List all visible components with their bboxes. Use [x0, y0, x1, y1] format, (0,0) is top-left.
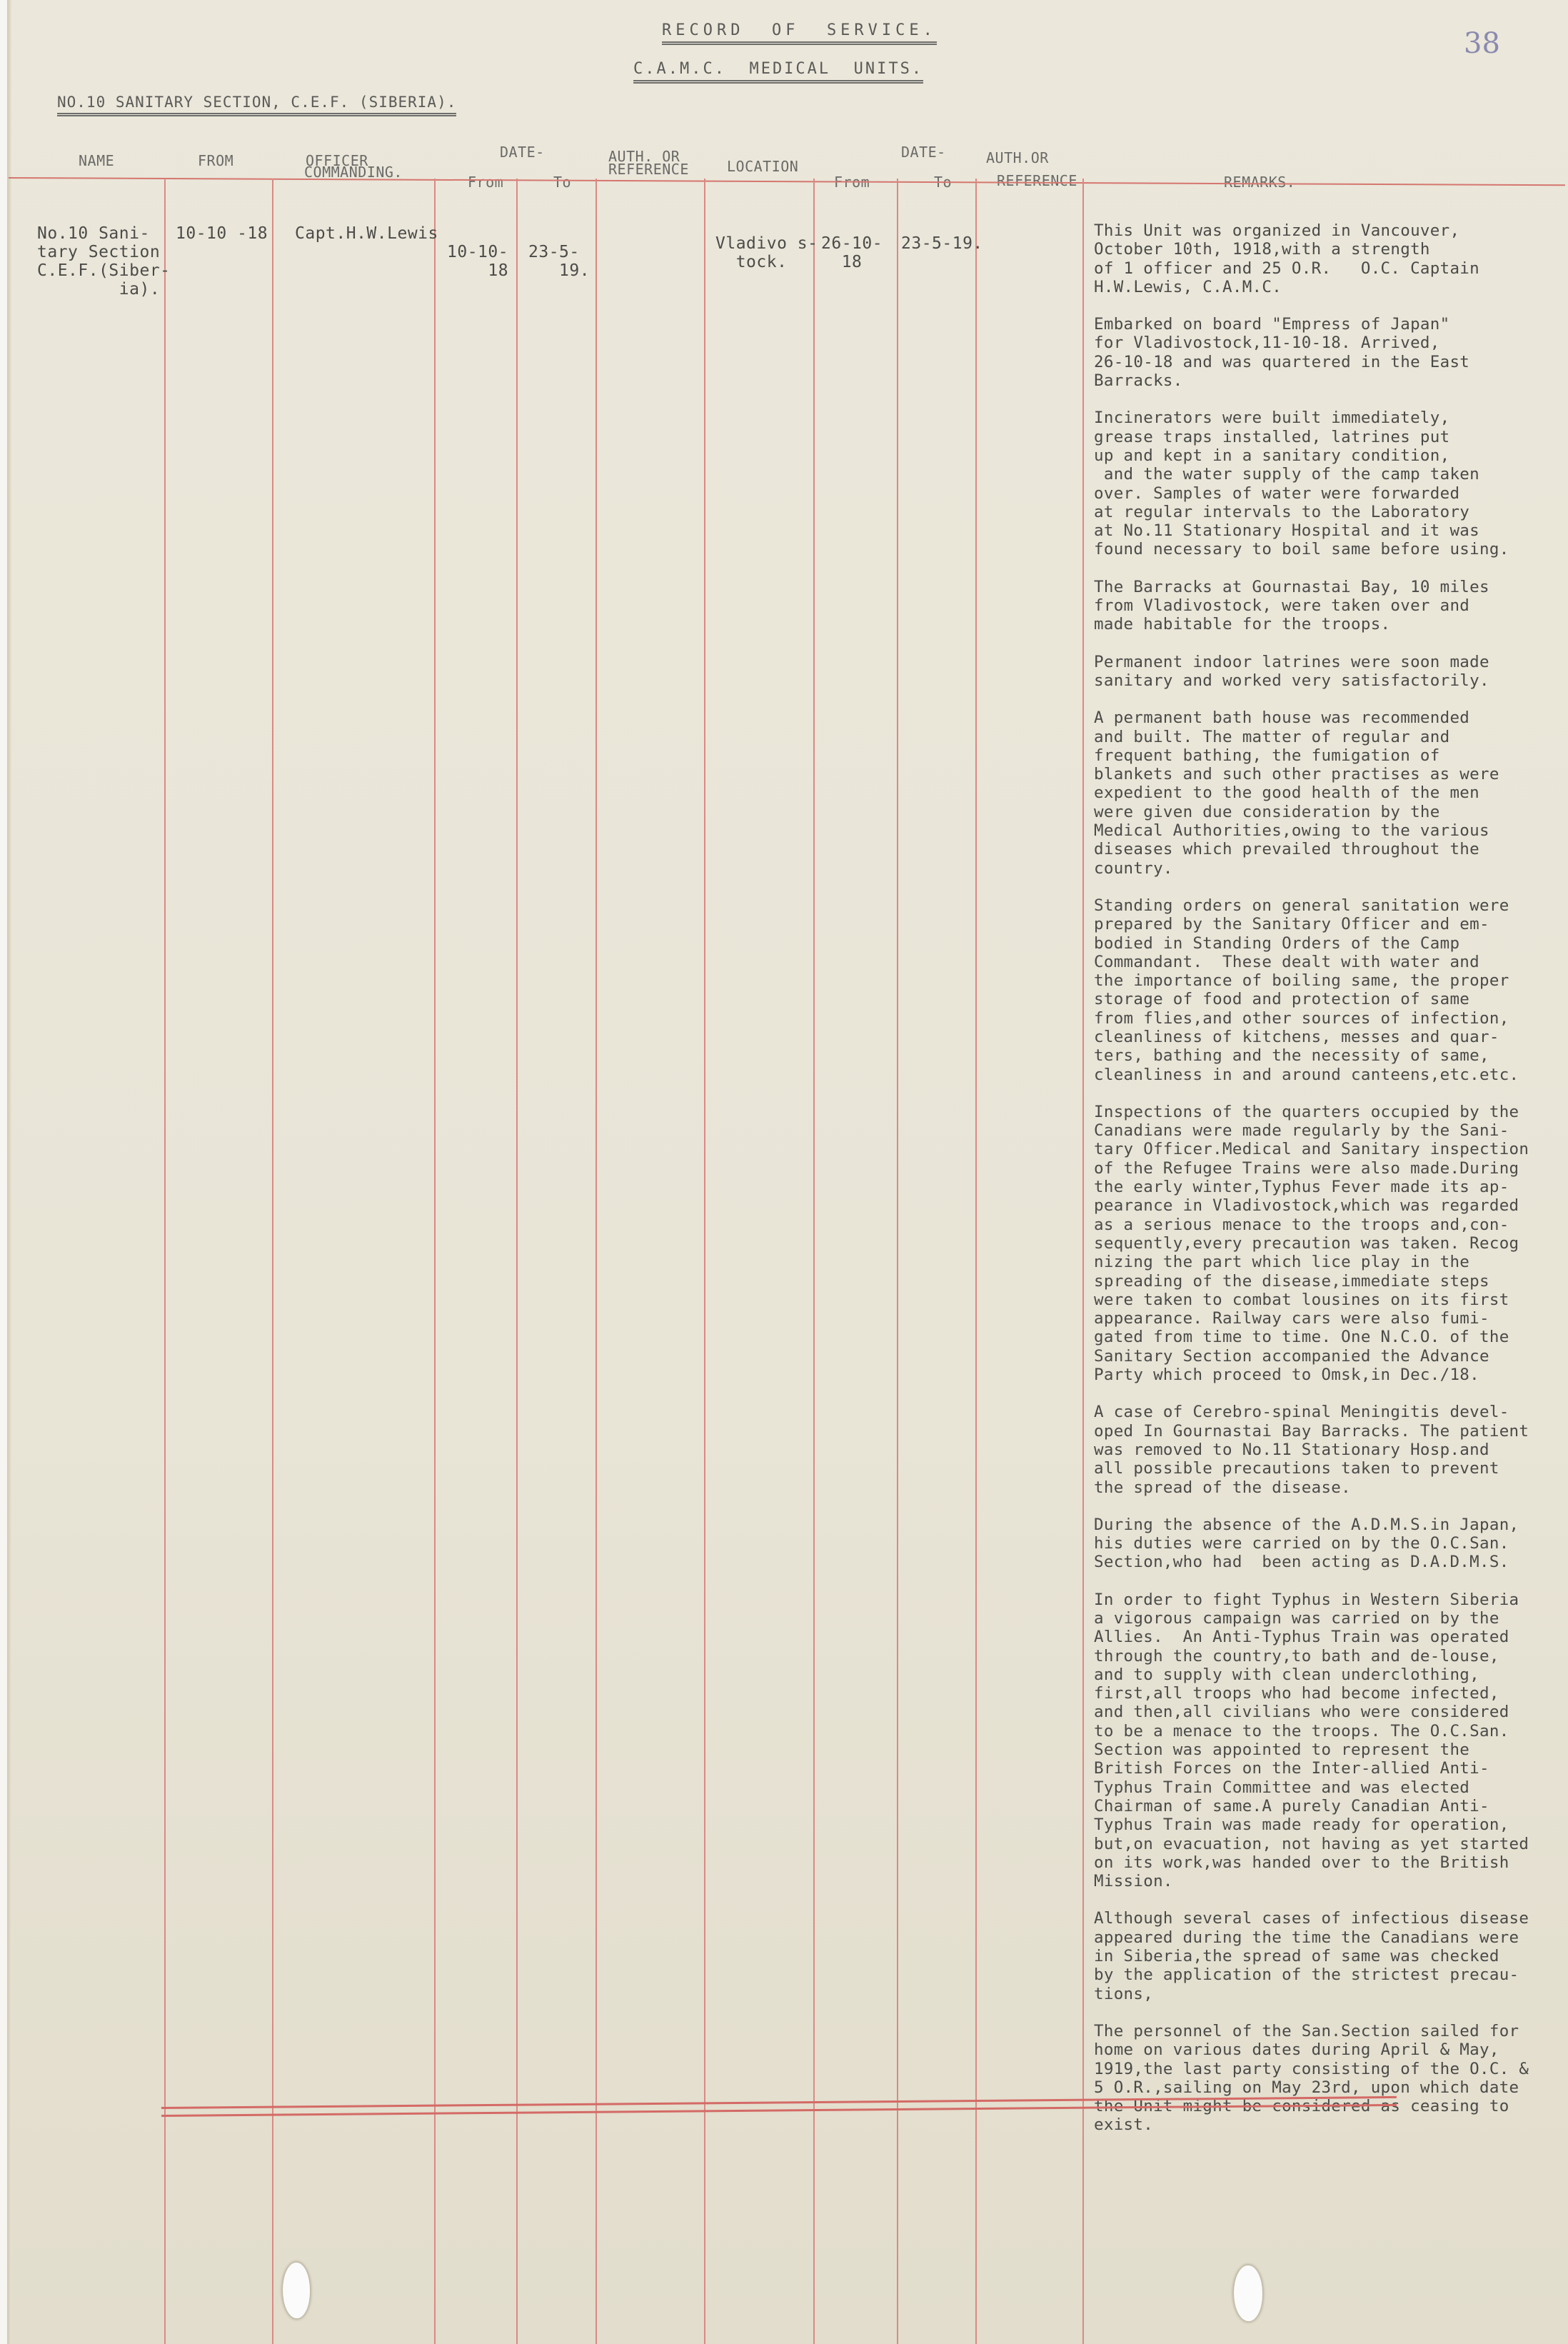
col-header-auth2-1: AUTH.OR: [986, 151, 1049, 164]
column-divider: [516, 179, 518, 2344]
remark-paragraph: Although several cases of infectious dis…: [1094, 1909, 1558, 2003]
col-header-remarks: REMARKS.: [1224, 176, 1295, 189]
document-subtitle: C.A.M.C. MEDICAL UNITS.: [633, 60, 923, 84]
entry-location-date-to: 23-5-19.: [901, 234, 983, 253]
entry-date-to: 23-5- 19.: [528, 243, 590, 280]
punch-hole-right: [1234, 2265, 1262, 2321]
entry-location: Vladivo s- tock.: [715, 234, 818, 271]
remark-paragraph: Incinerators were built immediately, gre…: [1094, 409, 1558, 559]
entry-date-from: 10-10- 18: [447, 243, 508, 280]
column-divider: [704, 179, 705, 2344]
col-header-date1-to: To: [553, 176, 571, 189]
column-divider: [434, 179, 436, 2344]
entry-from: 10-10 -18: [176, 224, 268, 243]
remark-paragraph: A permanent bath house was recommended a…: [1094, 708, 1558, 878]
column-divider: [595, 179, 597, 2344]
col-header-auth2-2: REFERENCE: [997, 174, 1077, 187]
entry-officer-commanding: Capt.H.W.Lewis: [295, 224, 438, 243]
remark-paragraph: The Barracks at Gournastai Bay, 10 miles…: [1094, 578, 1558, 634]
column-divider: [164, 179, 166, 2344]
remark-paragraph: Inspections of the quarters occupied by …: [1094, 1103, 1558, 1384]
remark-paragraph: During the absence of the A.D.M.S.in Jap…: [1094, 1516, 1558, 1572]
column-divider: [272, 179, 273, 2344]
remarks-column: This Unit was organized in Vancouver, Oc…: [1094, 221, 1558, 2153]
col-header-location: LOCATION: [727, 160, 798, 173]
col-header-date1-from: From: [468, 176, 503, 189]
remark-paragraph: Embarked on board "Empress of Japan" for…: [1094, 315, 1558, 390]
document-title: RECORD OF SERVICE.: [662, 21, 937, 45]
column-divider: [1082, 179, 1084, 2344]
scan-margin: [0, 0, 7, 2344]
entry-location-date-from: 26-10- 18: [821, 234, 883, 271]
paper-edge: [7, 0, 11, 2344]
page-number: 38: [1464, 27, 1500, 60]
column-divider: [975, 179, 977, 2344]
col-header-auth1-2: REFERENCE: [608, 163, 689, 176]
column-divider: [897, 179, 898, 2344]
col-header-name: NAME: [79, 154, 114, 167]
remark-paragraph: A case of Cerebro-spinal Meningitis deve…: [1094, 1403, 1558, 1496]
col-header-officer-2: COMMANDING.: [304, 166, 403, 179]
col-header-date2: DATE-: [901, 146, 946, 159]
col-header-date1: DATE-: [500, 146, 545, 159]
unit-heading: NO.10 SANITARY SECTION, C.E.F. (SIBERIA)…: [57, 93, 456, 116]
remark-paragraph: The personnel of the San.Section sailed …: [1094, 2022, 1558, 2135]
entry-name: No.10 Sani- tary Section C.E.F.(Siber- i…: [37, 224, 171, 299]
remark-paragraph: This Unit was organized in Vancouver, Oc…: [1094, 221, 1558, 296]
column-divider: [813, 179, 815, 2344]
remark-paragraph: Standing orders on general sanitation we…: [1094, 896, 1558, 1084]
remark-paragraph: In order to fight Typhus in Western Sibe…: [1094, 1591, 1558, 1891]
punch-hole-left: [283, 2263, 310, 2318]
remark-paragraph: Permanent indoor latrines were soon made…: [1094, 653, 1558, 691]
col-header-from: FROM: [198, 154, 233, 167]
